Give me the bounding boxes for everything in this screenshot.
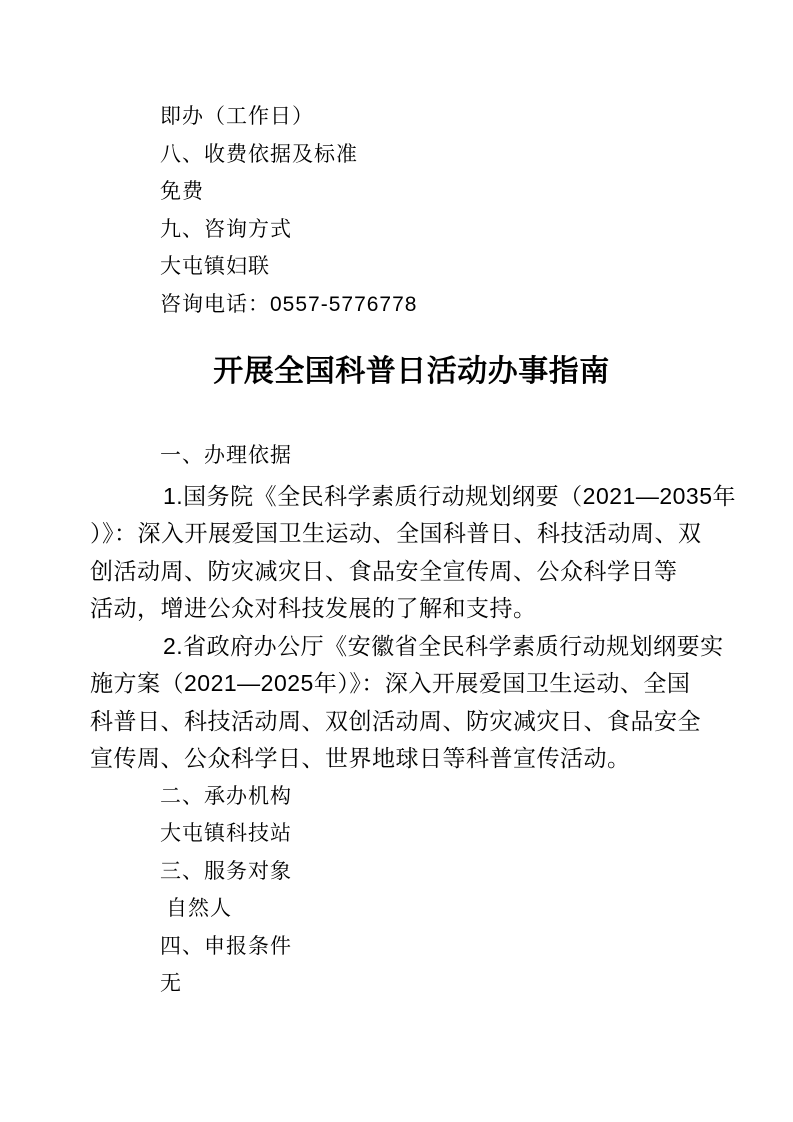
legal-basis-paragraph-2: 2.省政府办公厅《安徽省全民科学素质行动规划纲要实 施方案（2021—2025年… — [90, 628, 738, 778]
document-title: 开展全国科普日活动办事指南 — [90, 349, 733, 395]
section-8-heading: 八、收费依据及标准 — [90, 136, 733, 174]
section-9-heading: 九、咨询方式 — [90, 211, 733, 249]
consult-phone-value: 咨询电话：0557-5776778 — [90, 286, 733, 324]
undertaking-org-value: 大屯镇科技站 — [90, 815, 733, 853]
document-page: 即办（工作日） 八、收费依据及标准 免费 九、咨询方式 大屯镇妇联 咨询电话：0… — [0, 0, 793, 1122]
application-condition-value: 无 — [90, 965, 733, 1003]
consult-org-value: 大屯镇妇联 — [90, 248, 733, 286]
section-2-heading: 二、承办机构 — [90, 778, 733, 816]
service-target-value: 自然人 — [90, 890, 733, 928]
legal-basis-paragraph-1: 1.国务院《全民科学素质行动规划纲要（2021—2035年 ）》：深入开展爱国卫… — [90, 478, 738, 628]
section-3-heading: 三、服务对象 — [90, 853, 733, 891]
fee-value: 免费 — [90, 173, 733, 211]
section-1-heading: 一、办理依据 — [90, 437, 733, 475]
section-4-heading: 四、申报条件 — [90, 928, 733, 966]
processing-time-value: 即办（工作日） — [90, 98, 733, 136]
